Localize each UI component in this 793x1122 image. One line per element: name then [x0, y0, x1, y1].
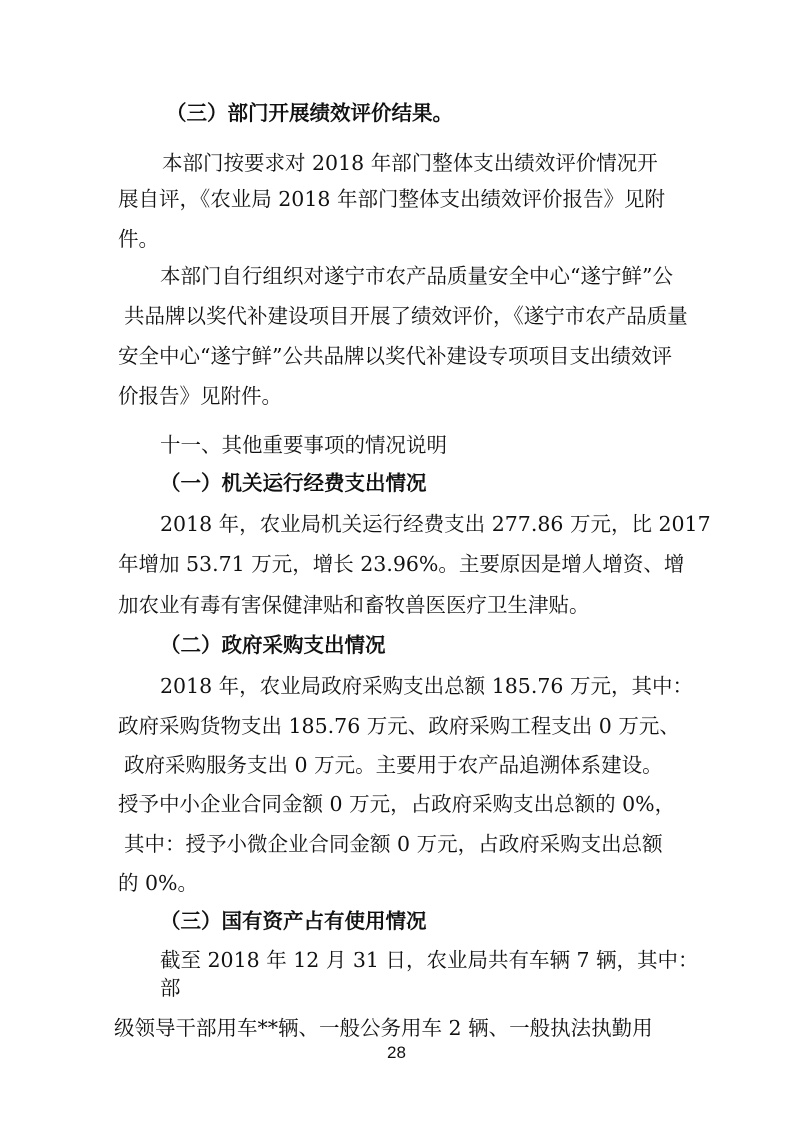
section-heading: （二）政府采购支出情况	[160, 632, 386, 658]
paragraph-line: 价报告》见附件。	[118, 383, 282, 409]
paragraph-line: 本部门自行组织对遂宁市农产品质量安全中心“遂宁鲜”公	[160, 263, 673, 289]
paragraph-line: 的 0%。	[118, 870, 198, 896]
paragraph-line: 2018 年，农业局政府采购支出总额 185.76 万元，其中：	[160, 673, 693, 699]
paragraph-line: 政府采购服务支出 0 万元。主要用于农产品追溯体系建设。	[124, 752, 663, 778]
paragraph-line: 共品牌以奖代补建设项目开展了绩效评价，《遂宁市农产品质量	[124, 303, 688, 329]
page-number: 28	[0, 1043, 793, 1063]
paragraph-line: 截至 2018 年 12 月 31 日，农业局共有车辆 7 辆，其中：	[160, 947, 699, 973]
paragraph-line: 级领导干部用车**辆、一般公务用车 2 辆、一般执法执勤用	[114, 1015, 653, 1041]
paragraph-line: 政府采购货物支出 185.76 万元、政府采购工程支出 0 万元、	[118, 713, 680, 739]
paragraph-line: 展自评，《农业局 2018 年部门整体支出绩效评价报告》见附	[118, 186, 665, 212]
paragraph-line: 加农业有毒有害保健津贴和畜牧兽医医疗卫生津贴。	[118, 592, 590, 618]
paragraph-line: 十一、其他重要事项的情况说明	[160, 432, 447, 458]
paragraph-line: 安全中心“遂宁鲜”公共品牌以奖代补建设专项项目支出绩效评	[118, 343, 672, 369]
section-heading: （三）部门开展绩效评价结果。	[166, 100, 453, 126]
section-heading: （一）机关运行经费支出情况	[160, 470, 427, 496]
paragraph-line: 本部门按要求对 2018 年部门整体支出绩效评价情况开	[162, 150, 658, 176]
paragraph-line: 授予中小企业合同金额 0 万元，占政府采购支出总额的 0%，	[118, 791, 675, 817]
paragraph-line: 件。	[118, 226, 159, 252]
section-heading: （三）国有资产占有使用情况	[160, 908, 427, 934]
paragraph-line: 年增加 53.71 万元，增长 23.96%。主要原因是增人增资、增	[118, 551, 684, 577]
paragraph-line: 其中：授予小微企业合同金额 0 万元，占政府采购支出总额	[124, 831, 663, 857]
paragraph-line: 2018 年，农业局机关运行经费支出 277.86 万元，比 2017	[160, 511, 711, 537]
paragraph-line: 部	[160, 975, 181, 1001]
